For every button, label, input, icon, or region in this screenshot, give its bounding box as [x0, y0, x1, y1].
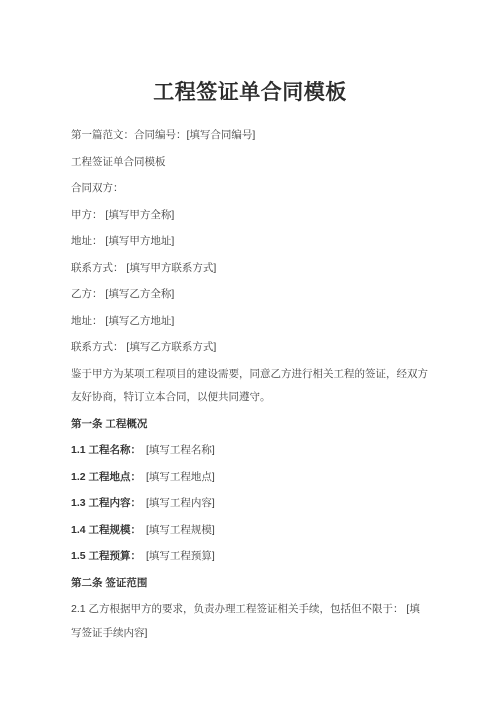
contract-item: 1.5 工程预算：[填写工程预算] [71, 545, 429, 569]
document-title: 工程签证单合同模板 [71, 78, 429, 108]
item-label: 1.2 工程地点： [71, 471, 141, 483]
item-label: 1.3 工程内容： [71, 497, 141, 509]
paragraph: 鉴于甲方为某项工程项目的建设需要，同意乙方进行相关工程的签证，经双方友好协商，特… [71, 363, 429, 410]
document-page: 工程签证单合同模板 第一篇范文：合同编号：[填写合同编号]工程签证单合同模板合同… [0, 0, 500, 707]
paragraph: 乙方： [填写乙方全称] [71, 283, 429, 307]
item-placeholder: [填写工程内容] [146, 497, 215, 509]
item-label: 1.4 工程规模： [71, 524, 141, 536]
contract-item: 1.2 工程地点：[填写工程地点] [71, 466, 429, 490]
section-heading: 第二条 签证范围 [71, 572, 429, 596]
paragraph: 2.1 乙方根据甲方的要求，负责办理工程签证相关手续，包括但不限于： [填写签证… [71, 598, 429, 645]
contract-item: 1.3 工程内容：[填写工程内容] [71, 492, 429, 516]
item-label: 1.1 工程名称： [71, 444, 141, 456]
contract-item: 1.1 工程名称：[填写工程名称] [71, 439, 429, 463]
paragraph: 甲方： [填写甲方全称] [71, 204, 429, 228]
paragraph: 地址： [填写乙方地址] [71, 310, 429, 334]
item-label: 1.5 工程预算： [71, 550, 141, 562]
item-placeholder: [填写工程规模] [146, 524, 215, 536]
paragraph: 联系方式： [填写甲方联系方式] [71, 257, 429, 281]
paragraph: 联系方式： [填写乙方联系方式] [71, 336, 429, 360]
item-placeholder: [填写工程预算] [146, 550, 215, 562]
paragraph: 第一篇范文：合同编号：[填写合同编号] [71, 124, 429, 148]
paragraph: 合同双方： [71, 177, 429, 201]
item-placeholder: [填写工程名称] [146, 444, 215, 456]
contract-item: 1.4 工程规模：[填写工程规模] [71, 519, 429, 543]
document-body: 第一篇范文：合同编号：[填写合同编号]工程签证单合同模板合同双方：甲方： [填写… [71, 124, 429, 645]
item-placeholder: [填写工程地点] [146, 471, 215, 483]
section-heading: 第一条 工程概况 [71, 413, 429, 437]
paragraph: 地址： [填写甲方地址] [71, 230, 429, 254]
paragraph: 工程签证单合同模板 [71, 151, 429, 175]
